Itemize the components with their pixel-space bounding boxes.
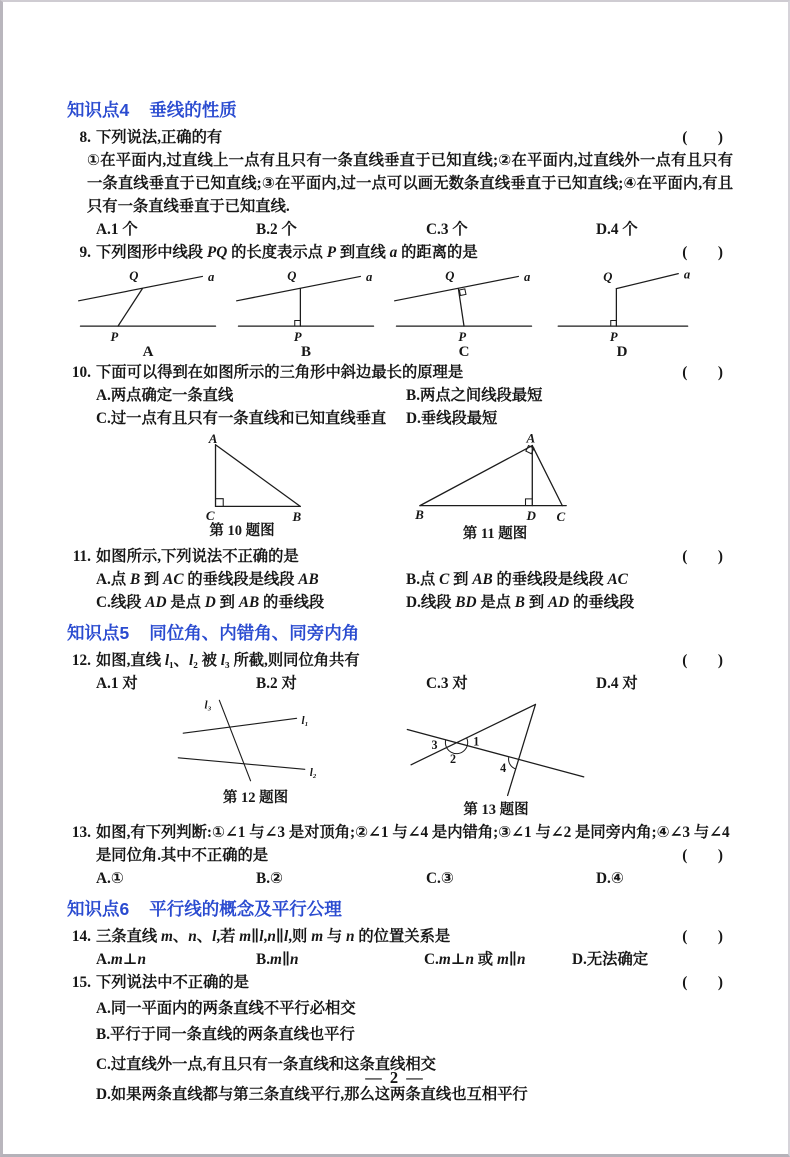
option-c: C.线段 AD 是点 D 到 AB 的垂线段: [96, 591, 406, 614]
question-9-figures: Q a P A Q a P B Q: [73, 267, 733, 360]
figure-option-c: Q a P C: [389, 267, 539, 360]
answer-bracket: ( ): [676, 361, 733, 384]
figure-caption: C: [389, 344, 539, 360]
question-12-13-figures: l₃ l₁ l₂ 第 12 题图 3 1 2 4 第 13 题图: [65, 697, 733, 819]
question-number: 14.: [65, 925, 91, 971]
question-stem: 下面可以得到在如图所示的三角形中斜边最长的原理是: [96, 361, 676, 384]
section-label: 知识点4: [67, 97, 129, 123]
option-a: A.1 个: [96, 218, 256, 241]
option-a: A.点 B 到 AC 的垂线段是线段 AB: [96, 568, 406, 591]
question-number: 13.: [65, 821, 91, 890]
section-title: 同位角、内错角、同旁内角: [149, 620, 359, 646]
angles-figure: 3 1 2 4: [396, 697, 596, 801]
option-a: A.m⊥n: [96, 948, 256, 971]
answer-bracket: ( ): [676, 126, 733, 149]
distance-figure-c: Q a P: [389, 267, 539, 344]
vertex-label-a: A: [525, 433, 535, 446]
options-row: A.点 B 到 AC 的垂线段是线段 AB B.点 C 到 AB 的垂线段是线段…: [96, 568, 733, 591]
question-13: 13. 如图,有下列判断:①∠1 与∠3 是对顶角;②∠1 与∠4 是内错角;③…: [65, 821, 733, 890]
distance-figure-a: Q a P: [73, 267, 223, 344]
vertex-label-c: C: [556, 509, 565, 524]
section-heading-kp5: 知识点5 同位角、内错角、同旁内角: [67, 620, 733, 646]
line-label-a: a: [684, 267, 691, 281]
vertex-label-a: A: [208, 433, 218, 446]
option-d: D.4 对: [596, 672, 733, 695]
point-label-q: Q: [129, 269, 138, 283]
figure-option-a: Q a P A: [73, 267, 223, 360]
answer-bracket: ( ): [676, 925, 733, 948]
options-row: A.m⊥n B.m∥n C.m⊥n 或 m∥n D.无法确定: [96, 948, 733, 971]
distance-figure-d: Q a P: [547, 267, 697, 344]
option-c: C.3 个: [426, 218, 596, 241]
question-15: 15. 下列说法中不正确的是 ( ) A.同一平面内的两条直线不平行必相交 B.…: [65, 971, 733, 1109]
answer-bracket: ( ): [676, 971, 733, 994]
option-b: B.②: [256, 867, 426, 890]
option-a: A.①: [96, 867, 256, 890]
answer-bracket: ( ): [676, 241, 733, 264]
point-label-q: Q: [445, 269, 454, 283]
section-title: 垂线的性质: [149, 97, 237, 123]
question-stem: 下列说法,正确的有: [96, 126, 676, 149]
figure-q13: 3 1 2 4 第 13 题图: [396, 697, 596, 819]
option-b: B.m∥n: [256, 948, 424, 971]
angle-label-3: 3: [431, 738, 437, 752]
figure-caption: 第 11 题图: [415, 526, 575, 543]
figure-q11: A B D C 第 11 题图: [415, 433, 575, 543]
question-number: 10.: [65, 361, 91, 430]
question-stem: 如图,直线 l₁、l₂ 被 l₃ 所截,则同位角共有: [96, 649, 676, 672]
question-body: ①在平面内,过直线上一点有且只有一条直线垂直于已知直线;②在平面内,过直线外一点…: [87, 149, 733, 218]
line-label-a: a: [208, 270, 215, 284]
angle-label-1: 1: [473, 734, 479, 748]
options-row: A.两点确定一条直线 B.两点之间线段最短: [96, 384, 733, 407]
answer-bracket: ( ): [676, 545, 733, 568]
point-label-p: P: [111, 330, 119, 344]
section-title: 平行线的概念及平行公理: [149, 896, 342, 922]
line-label-l2: l₂: [310, 767, 317, 779]
figure-option-d: Q a P D: [547, 267, 697, 360]
line-label-a: a: [366, 270, 373, 284]
figure-caption: A: [73, 344, 223, 360]
question-stem: 下列图形中线段 PQ 的长度表示点 P 到直线 a 的距离的是: [96, 241, 676, 264]
line-label-l3: l₃: [205, 700, 212, 712]
question-9: 9. 下列图形中线段 PQ 的长度表示点 P 到直线 a 的距离的是 ( ): [65, 241, 733, 264]
option-b: B.点 C 到 AB 的垂线段是线段 AC: [406, 568, 733, 591]
question-number: 15.: [65, 971, 91, 1109]
option-a: A.两点确定一条直线: [96, 384, 406, 407]
option-d: D.垂线段最短: [406, 407, 733, 430]
option-c: C.3 对: [426, 672, 596, 695]
worksheet-content: 知识点4 垂线的性质 8. 下列说法,正确的有 ( ) ①在平面内,过直线上一点…: [65, 97, 733, 1109]
option-b: B.2 个: [256, 218, 426, 241]
question-12: 12. 如图,直线 l₁、l₂ 被 l₃ 所截,则同位角共有 ( ) A.1 对…: [65, 649, 733, 695]
options-row: A.1 对 B.2 对 C.3 对 D.4 对: [96, 672, 733, 695]
vertex-label-d: D: [525, 508, 536, 523]
option-a: A.同一平面内的两条直线不平行必相交: [96, 997, 733, 1020]
question-stem: 如图所示,下列说法不正确的是: [96, 545, 676, 568]
vertex-label-b: B: [415, 507, 424, 522]
question-stem: 三条直线 m、n、l,若 m∥l,n∥l,则 m 与 n 的位置关系是: [96, 925, 676, 948]
option-c: C.过一点有且只有一条直线和已知直线垂直: [96, 407, 406, 430]
question-number: 12.: [65, 649, 91, 695]
angle-label-4: 4: [500, 761, 506, 775]
point-label-p: P: [610, 330, 618, 344]
question-10-11-figures: A C B 第 10 题图 A B D C 第 11 题图: [65, 433, 733, 543]
line-label-l1: l₁: [302, 715, 309, 727]
vertex-label-c: C: [206, 508, 215, 522]
section-label: 知识点5: [67, 620, 129, 646]
line-label-a: a: [524, 270, 531, 284]
option-d: D.4 个: [596, 218, 733, 241]
option-d: D.无法确定: [572, 948, 733, 971]
figure-q12: l₃ l₁ l₂ 第 12 题图: [173, 697, 338, 807]
option-b: B.平行于同一条直线的两条直线也平行: [96, 1023, 733, 1046]
option-b: B.两点之间线段最短: [406, 384, 733, 407]
question-8: 8. 下列说法,正确的有 ( ) ①在平面内,过直线上一点有且只有一条直线垂直于…: [65, 126, 733, 241]
option-a: A.1 对: [96, 672, 256, 695]
point-label-q: Q: [603, 270, 612, 284]
triangle-altitude-figure: A B D C: [415, 433, 575, 525]
option-d: D.线段 BD 是点 B 到 AD 的垂线段: [406, 591, 733, 614]
figure-caption: 第 13 题图: [396, 802, 596, 819]
option-b: B.2 对: [256, 672, 426, 695]
question-14: 14. 三条直线 m、n、l,若 m∥l,n∥l,则 m 与 n 的位置关系是 …: [65, 925, 733, 971]
right-triangle-figure: A C B: [177, 433, 307, 522]
question-11: 11. 如图所示,下列说法不正确的是 ( ) A.点 B 到 AC 的垂线段是线…: [65, 545, 733, 614]
angle-label-2: 2: [450, 752, 456, 766]
point-label-p: P: [458, 330, 466, 344]
question-number: 9.: [65, 241, 91, 264]
point-label-q: Q: [287, 269, 296, 283]
figure-caption: 第 10 题图: [177, 523, 307, 540]
figure-caption: 第 12 题图: [173, 790, 338, 807]
figure-caption: D: [547, 344, 697, 360]
options-row: A.① B.② C.③ D.④: [96, 867, 733, 890]
point-label-p: P: [294, 330, 302, 344]
answer-bracket: ( ): [676, 649, 733, 672]
distance-figure-b: Q a P: [231, 267, 381, 344]
question-stem: 如图,有下列判断:①∠1 与∠3 是对顶角;②∠1 与∠4 是内错角;③∠1 与…: [96, 824, 730, 864]
options-row: A.1 个 B.2 个 C.3 个 D.4 个: [96, 218, 733, 241]
question-stem: 下列说法中不正确的是: [96, 971, 676, 994]
page-number: — 2 —: [0, 1068, 790, 1088]
option-c: C.③: [426, 867, 596, 890]
vertex-label-b: B: [292, 509, 302, 522]
options-row: C.过一点有且只有一条直线和已知直线垂直 D.垂线段最短: [96, 407, 733, 430]
answer-bracket: ( ): [682, 844, 723, 867]
option-d: D.④: [596, 867, 733, 890]
section-heading-kp4: 知识点4 垂线的性质: [67, 97, 733, 123]
option-c: C.m⊥n 或 m∥n: [424, 948, 572, 971]
figure-caption: B: [231, 344, 381, 360]
figure-q10: A C B 第 10 题图: [177, 433, 307, 540]
section-heading-kp6: 知识点6 平行线的概念及平行公理: [67, 896, 733, 922]
question-number: 11.: [65, 545, 91, 614]
section-label: 知识点6: [67, 896, 129, 922]
options-row: C.线段 AD 是点 D 到 AB 的垂线段 D.线段 BD 是点 B 到 AD…: [96, 591, 733, 614]
transversal-lines-figure: l₃ l₁ l₂: [173, 697, 338, 789]
figure-option-b: Q a P B: [231, 267, 381, 360]
question-10: 10. 下面可以得到在如图所示的三角形中斜边最长的原理是 ( ) A.两点确定一…: [65, 361, 733, 430]
